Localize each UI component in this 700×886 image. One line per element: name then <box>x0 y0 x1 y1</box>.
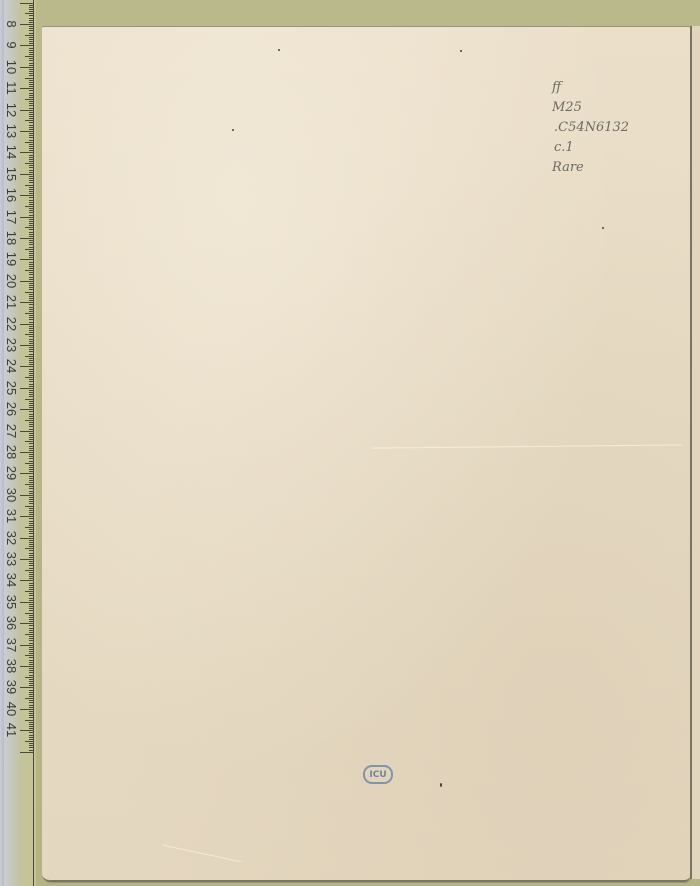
ruler-tick <box>29 30 34 31</box>
ruler-tick <box>25 506 34 507</box>
ruler-tick <box>20 24 34 25</box>
ruler-tick <box>29 351 34 352</box>
ruler-tick <box>29 747 34 748</box>
ruler-tick <box>29 165 34 166</box>
ruler-tick <box>29 595 34 596</box>
ruler-tick <box>29 660 34 661</box>
ruler-tick <box>25 270 34 271</box>
ruler-tick <box>29 125 34 126</box>
ruler-tick <box>29 638 34 639</box>
ruler-tick <box>29 244 34 245</box>
ruler-tick <box>29 229 34 230</box>
ruler-tick <box>20 452 34 453</box>
ruler-tick <box>29 681 34 682</box>
ruler-tick <box>29 512 34 513</box>
ruler-tick <box>29 15 34 16</box>
ruler-tick <box>29 326 34 327</box>
ruler-tick <box>29 362 34 363</box>
ruler-tick <box>29 75 34 76</box>
ruler-tick <box>29 103 34 104</box>
ruler-tick <box>20 110 34 111</box>
ruler-tick <box>29 86 34 87</box>
ruler-tick <box>25 548 34 549</box>
ruler-tick <box>29 587 34 588</box>
ruler-tick <box>29 604 34 605</box>
ruler-label: 35 <box>4 592 18 612</box>
ruler-tick <box>29 39 34 40</box>
ruler-label: 32 <box>4 528 18 548</box>
ruler-tick <box>29 336 34 337</box>
ruler-tick <box>29 717 34 718</box>
ruler-tick <box>29 116 34 117</box>
ruler-tick <box>29 533 34 534</box>
ruler-tick <box>29 390 34 391</box>
ruler-tick <box>29 711 34 712</box>
ruler-tick <box>29 375 34 376</box>
ruler-tick <box>29 690 34 691</box>
ruler-label: 26 <box>4 399 18 419</box>
ruler-tick <box>29 60 34 61</box>
ruler-tick <box>20 238 34 239</box>
ruler-tick <box>29 167 34 168</box>
ruler-tick <box>29 446 34 447</box>
ruler-tick <box>29 647 34 648</box>
ruler-label: 20 <box>4 271 18 291</box>
ruler-tick <box>29 129 34 130</box>
ruler-tick <box>25 570 34 571</box>
ruler-label: 36 <box>4 613 18 633</box>
ruler-tick <box>20 366 34 367</box>
ruler-tick <box>29 433 34 434</box>
ruler-tick <box>29 529 34 530</box>
ruler-tick <box>20 730 34 731</box>
ruler-tick <box>29 576 34 577</box>
ruler-tick <box>29 705 34 706</box>
ruler-tick <box>25 78 34 79</box>
ruler-tick <box>29 11 34 12</box>
ruler-tick <box>29 369 34 370</box>
ruler-tick <box>29 236 34 237</box>
ruler-tick <box>29 180 34 181</box>
ruler-tick <box>20 131 34 132</box>
ruler-tick <box>29 386 34 387</box>
ruler-tick <box>29 381 34 382</box>
ruler-tick <box>29 724 34 725</box>
ruler-tick <box>29 540 34 541</box>
ruler-tick <box>29 583 34 584</box>
ruler-tick <box>29 234 34 235</box>
ruler-tick <box>20 752 34 753</box>
ruler-tick <box>29 407 34 408</box>
ruler-tick <box>29 461 34 462</box>
ruler-tick <box>29 22 34 23</box>
ruler-tick <box>20 45 34 46</box>
ruler-tick <box>29 422 34 423</box>
ruler-tick <box>25 56 34 57</box>
ruler-label: 37 <box>4 635 18 655</box>
ruler-tick <box>29 707 34 708</box>
ruler-tick <box>29 360 34 361</box>
ruler-tick <box>29 187 34 188</box>
paper-speck <box>278 49 280 51</box>
ruler-tick <box>29 726 34 727</box>
ruler-tick <box>25 677 34 678</box>
ruler-tick <box>20 259 34 260</box>
call-number-line-3: .C54N6132 <box>552 118 629 138</box>
ruler-tick <box>20 709 34 710</box>
ruler-label: 38 <box>4 656 18 676</box>
ruler-tick <box>29 632 34 633</box>
ruler-tick <box>29 735 34 736</box>
ruler-tick <box>29 640 34 641</box>
ruler-tick <box>25 377 34 378</box>
ruler-tick <box>25 655 34 656</box>
ruler-tick <box>29 330 34 331</box>
ruler-tick <box>29 204 34 205</box>
ruler-tick <box>29 373 34 374</box>
ruler-label: 13 <box>4 121 18 141</box>
ruler-tick <box>20 516 34 517</box>
ruler-tick <box>29 317 34 318</box>
ruler-tick <box>29 488 34 489</box>
ruler-tick <box>29 170 34 171</box>
ruler-tick <box>25 591 34 592</box>
ruler-tick <box>29 108 34 109</box>
ruler-tick <box>20 217 34 218</box>
ruler-tick <box>29 208 34 209</box>
measurement-ruler: 8910111213141516171819202122232425262728… <box>0 0 36 886</box>
ruler-tick <box>29 279 34 280</box>
ruler-tick <box>29 384 34 385</box>
ruler-tick <box>29 478 34 479</box>
ruler-label: 9 <box>4 35 18 55</box>
ruler-label: 25 <box>4 378 18 398</box>
ruler-tick <box>29 33 34 34</box>
ruler-tick <box>29 722 34 723</box>
ruler-tick <box>29 668 34 669</box>
ruler-tick <box>29 71 34 72</box>
ruler-tick <box>29 41 34 42</box>
ruler-tick <box>29 219 34 220</box>
ruler-tick <box>29 403 34 404</box>
ruler-tick <box>29 262 34 263</box>
ruler-tick <box>25 613 34 614</box>
ruler-tick <box>20 67 34 68</box>
ruler-tick <box>29 332 34 333</box>
ruler-tick <box>29 287 34 288</box>
ruler-tick <box>29 617 34 618</box>
ruler-tick <box>29 112 34 113</box>
ruler-tick <box>29 82 34 83</box>
ruler-tick <box>29 93 34 94</box>
ruler-tick <box>29 311 34 312</box>
ruler-tick <box>29 137 34 138</box>
ruler-tick <box>29 557 34 558</box>
ruler-tick <box>29 101 34 102</box>
ruler-tick <box>29 653 34 654</box>
ruler-tick <box>29 155 34 156</box>
ruler-tick <box>25 463 34 464</box>
ruler-tick <box>25 163 34 164</box>
ruler-tick <box>25 484 34 485</box>
ruler-tick <box>29 298 34 299</box>
ruler-tick <box>20 473 34 474</box>
ruler-tick <box>29 424 34 425</box>
ruler-tick <box>29 600 34 601</box>
ruler-tick <box>29 593 34 594</box>
ruler-tick <box>20 88 34 89</box>
ruler-tick <box>29 625 34 626</box>
ruler-tick <box>29 140 34 141</box>
ruler-label: 28 <box>4 442 18 462</box>
ruler-tick <box>20 345 34 346</box>
ruler-tick <box>20 302 34 303</box>
ruler-tick <box>29 521 34 522</box>
ruler-tick <box>29 247 34 248</box>
ruler-tick <box>29 525 34 526</box>
ruler-tick <box>29 157 34 158</box>
ruler-tick <box>20 687 34 688</box>
ruler-tick <box>29 482 34 483</box>
ruler-tick <box>29 435 34 436</box>
ruler-tick <box>29 28 34 29</box>
paper-crease <box>372 444 682 448</box>
ruler-tick <box>29 392 34 393</box>
ruler-tick <box>29 189 34 190</box>
ruler-tick <box>29 272 34 273</box>
ruler-tick <box>29 503 34 504</box>
ruler-tick <box>29 277 34 278</box>
ruler-tick <box>29 672 34 673</box>
ruler-tick <box>29 294 34 295</box>
ruler-tick <box>29 598 34 599</box>
ruler-label: 34 <box>4 570 18 590</box>
ruler-tick <box>29 319 34 320</box>
ruler-tick <box>29 739 34 740</box>
ruler-tick <box>29 18 34 19</box>
ruler-tick <box>29 713 34 714</box>
ruler-tick <box>20 174 34 175</box>
ruler-tick <box>29 212 34 213</box>
ruler-tick <box>29 315 34 316</box>
ruler-tick <box>29 450 34 451</box>
ruler-label: 11 <box>4 78 18 98</box>
ruler-tick <box>20 666 34 667</box>
ruler-tick <box>29 146 34 147</box>
ruler-tick <box>29 266 34 267</box>
ruler-tick <box>25 720 34 721</box>
ruler-tick <box>29 210 34 211</box>
ruler-tick <box>29 439 34 440</box>
adjacent-page-edge <box>690 26 700 879</box>
ruler-tick <box>29 309 34 310</box>
paper-speck <box>232 129 234 131</box>
ruler-tick <box>29 574 34 575</box>
ruler-tick <box>29 628 34 629</box>
ruler-tick <box>29 696 34 697</box>
ruler-label: 24 <box>4 356 18 376</box>
ruler-tick <box>25 185 34 186</box>
ruler-tick <box>29 394 34 395</box>
stamp-text: ICU <box>369 770 386 780</box>
ruler-tick <box>29 630 34 631</box>
ruler-tick <box>29 118 34 119</box>
ruler-tick <box>29 159 34 160</box>
ruler-tick <box>29 176 34 177</box>
ruler-label: 17 <box>4 207 18 227</box>
ruler-tick <box>29 9 34 10</box>
ruler-tick <box>29 296 34 297</box>
ruler-tick <box>29 715 34 716</box>
ruler-label: 19 <box>4 249 18 269</box>
ruler-tick <box>29 732 34 733</box>
ruler-tick <box>29 636 34 637</box>
ruler-tick <box>25 120 34 121</box>
ruler-tick <box>29 491 34 492</box>
ruler-tick <box>29 268 34 269</box>
ruler-tick <box>29 54 34 55</box>
ruler-tick <box>29 5 34 6</box>
ruler-tick <box>29 52 34 53</box>
ruler-tick <box>29 643 34 644</box>
ruler-tick <box>29 200 34 201</box>
ruler-tick <box>29 456 34 457</box>
ruler-tick <box>29 546 34 547</box>
ruler-tick <box>29 379 34 380</box>
ruler-tick <box>29 396 34 397</box>
ruler-tick <box>29 448 34 449</box>
ruler-tick <box>29 510 34 511</box>
ruler-tick <box>29 670 34 671</box>
ruler-tick <box>25 313 34 314</box>
ruler-tick <box>29 657 34 658</box>
ruler-tick <box>29 251 34 252</box>
ruler-tick <box>29 471 34 472</box>
ruler-tick <box>20 559 34 560</box>
ruler-label: 30 <box>4 485 18 505</box>
ruler-label: 12 <box>4 100 18 120</box>
ruler-label: 18 <box>4 228 18 248</box>
ruler-tick <box>29 568 34 569</box>
ruler-tick <box>25 99 34 100</box>
ruler-tick <box>29 193 34 194</box>
ruler-tick <box>29 105 34 106</box>
ruler-tick <box>20 602 34 603</box>
ruler-tick <box>29 95 34 96</box>
call-number-line-5: Rare <box>552 158 629 178</box>
ruler-tick <box>20 388 34 389</box>
ruler-tick <box>29 501 34 502</box>
ruler-label: 33 <box>4 549 18 569</box>
ruler-tick <box>29 274 34 275</box>
ruler-tick <box>29 37 34 38</box>
ruler-tick <box>29 555 34 556</box>
ruler-tick <box>20 152 34 153</box>
ruler-tick <box>29 700 34 701</box>
ruler-tick <box>25 356 34 357</box>
call-number-line-2: M25 <box>552 98 629 118</box>
ruler-tick <box>29 197 34 198</box>
ruler-tick <box>29 664 34 665</box>
ruler-tick <box>29 223 34 224</box>
ruler-tick <box>29 202 34 203</box>
library-stamp: ICU <box>363 765 393 784</box>
ruler-tick <box>29 621 34 622</box>
ruler-tick <box>29 675 34 676</box>
ruler-tick <box>25 698 34 699</box>
paper-speck <box>602 227 604 229</box>
ruler-tick <box>25 249 34 250</box>
ruler-tick <box>29 7 34 8</box>
ruler-tick <box>29 469 34 470</box>
ruler-tick <box>25 206 34 207</box>
ruler-label: 10 <box>4 57 18 77</box>
ruler-tick <box>25 399 34 400</box>
ruler-tick <box>29 97 34 98</box>
ruler-tick <box>29 728 34 729</box>
ruler-tick <box>29 619 34 620</box>
ruler-tick <box>29 322 34 323</box>
ruler-tick <box>29 465 34 466</box>
ruler-tick <box>29 531 34 532</box>
ruler-label: 27 <box>4 421 18 441</box>
ruler-tick <box>29 264 34 265</box>
ruler-tick <box>29 443 34 444</box>
ruler-tick <box>29 172 34 173</box>
ruler-tick <box>29 114 34 115</box>
ruler-tick <box>29 191 34 192</box>
ruler-tick <box>29 536 34 537</box>
ruler-tick <box>29 750 34 751</box>
ruler-tick <box>29 20 34 21</box>
ruler-tick <box>29 26 34 27</box>
ruler-tick <box>29 133 34 134</box>
ruler-tick <box>29 225 34 226</box>
ruler-tick <box>29 608 34 609</box>
ruler-tick <box>20 538 34 539</box>
ruler-tick <box>29 242 34 243</box>
ruler-tick <box>29 289 34 290</box>
ruler-tick <box>29 401 34 402</box>
ruler-tick <box>29 84 34 85</box>
ruler-tick <box>29 426 34 427</box>
ruler-tick <box>25 142 34 143</box>
ruler-tick <box>29 542 34 543</box>
ruler-tick <box>29 563 34 564</box>
ruler-tick <box>29 411 34 412</box>
ruler-tick <box>25 420 34 421</box>
call-number-line-4: c.1 <box>552 138 629 158</box>
ruler-tick <box>29 662 34 663</box>
ruler-tick <box>20 195 34 196</box>
ruler-tick <box>29 58 34 59</box>
ruler-tick <box>20 3 34 4</box>
ruler-tick <box>29 50 34 51</box>
ruler-tick <box>29 182 34 183</box>
ruler-tick <box>29 561 34 562</box>
ruler-tick <box>25 13 34 14</box>
ruler-tick <box>29 589 34 590</box>
ruler-tick <box>29 150 34 151</box>
ruler-tick <box>29 73 34 74</box>
ruler-tick <box>29 285 34 286</box>
ruler-tick <box>29 63 34 64</box>
ruler-tick <box>29 148 34 149</box>
ruler-tick <box>29 649 34 650</box>
ruler-tick <box>29 90 34 91</box>
ruler-tick <box>29 565 34 566</box>
ruler-tick <box>20 281 34 282</box>
